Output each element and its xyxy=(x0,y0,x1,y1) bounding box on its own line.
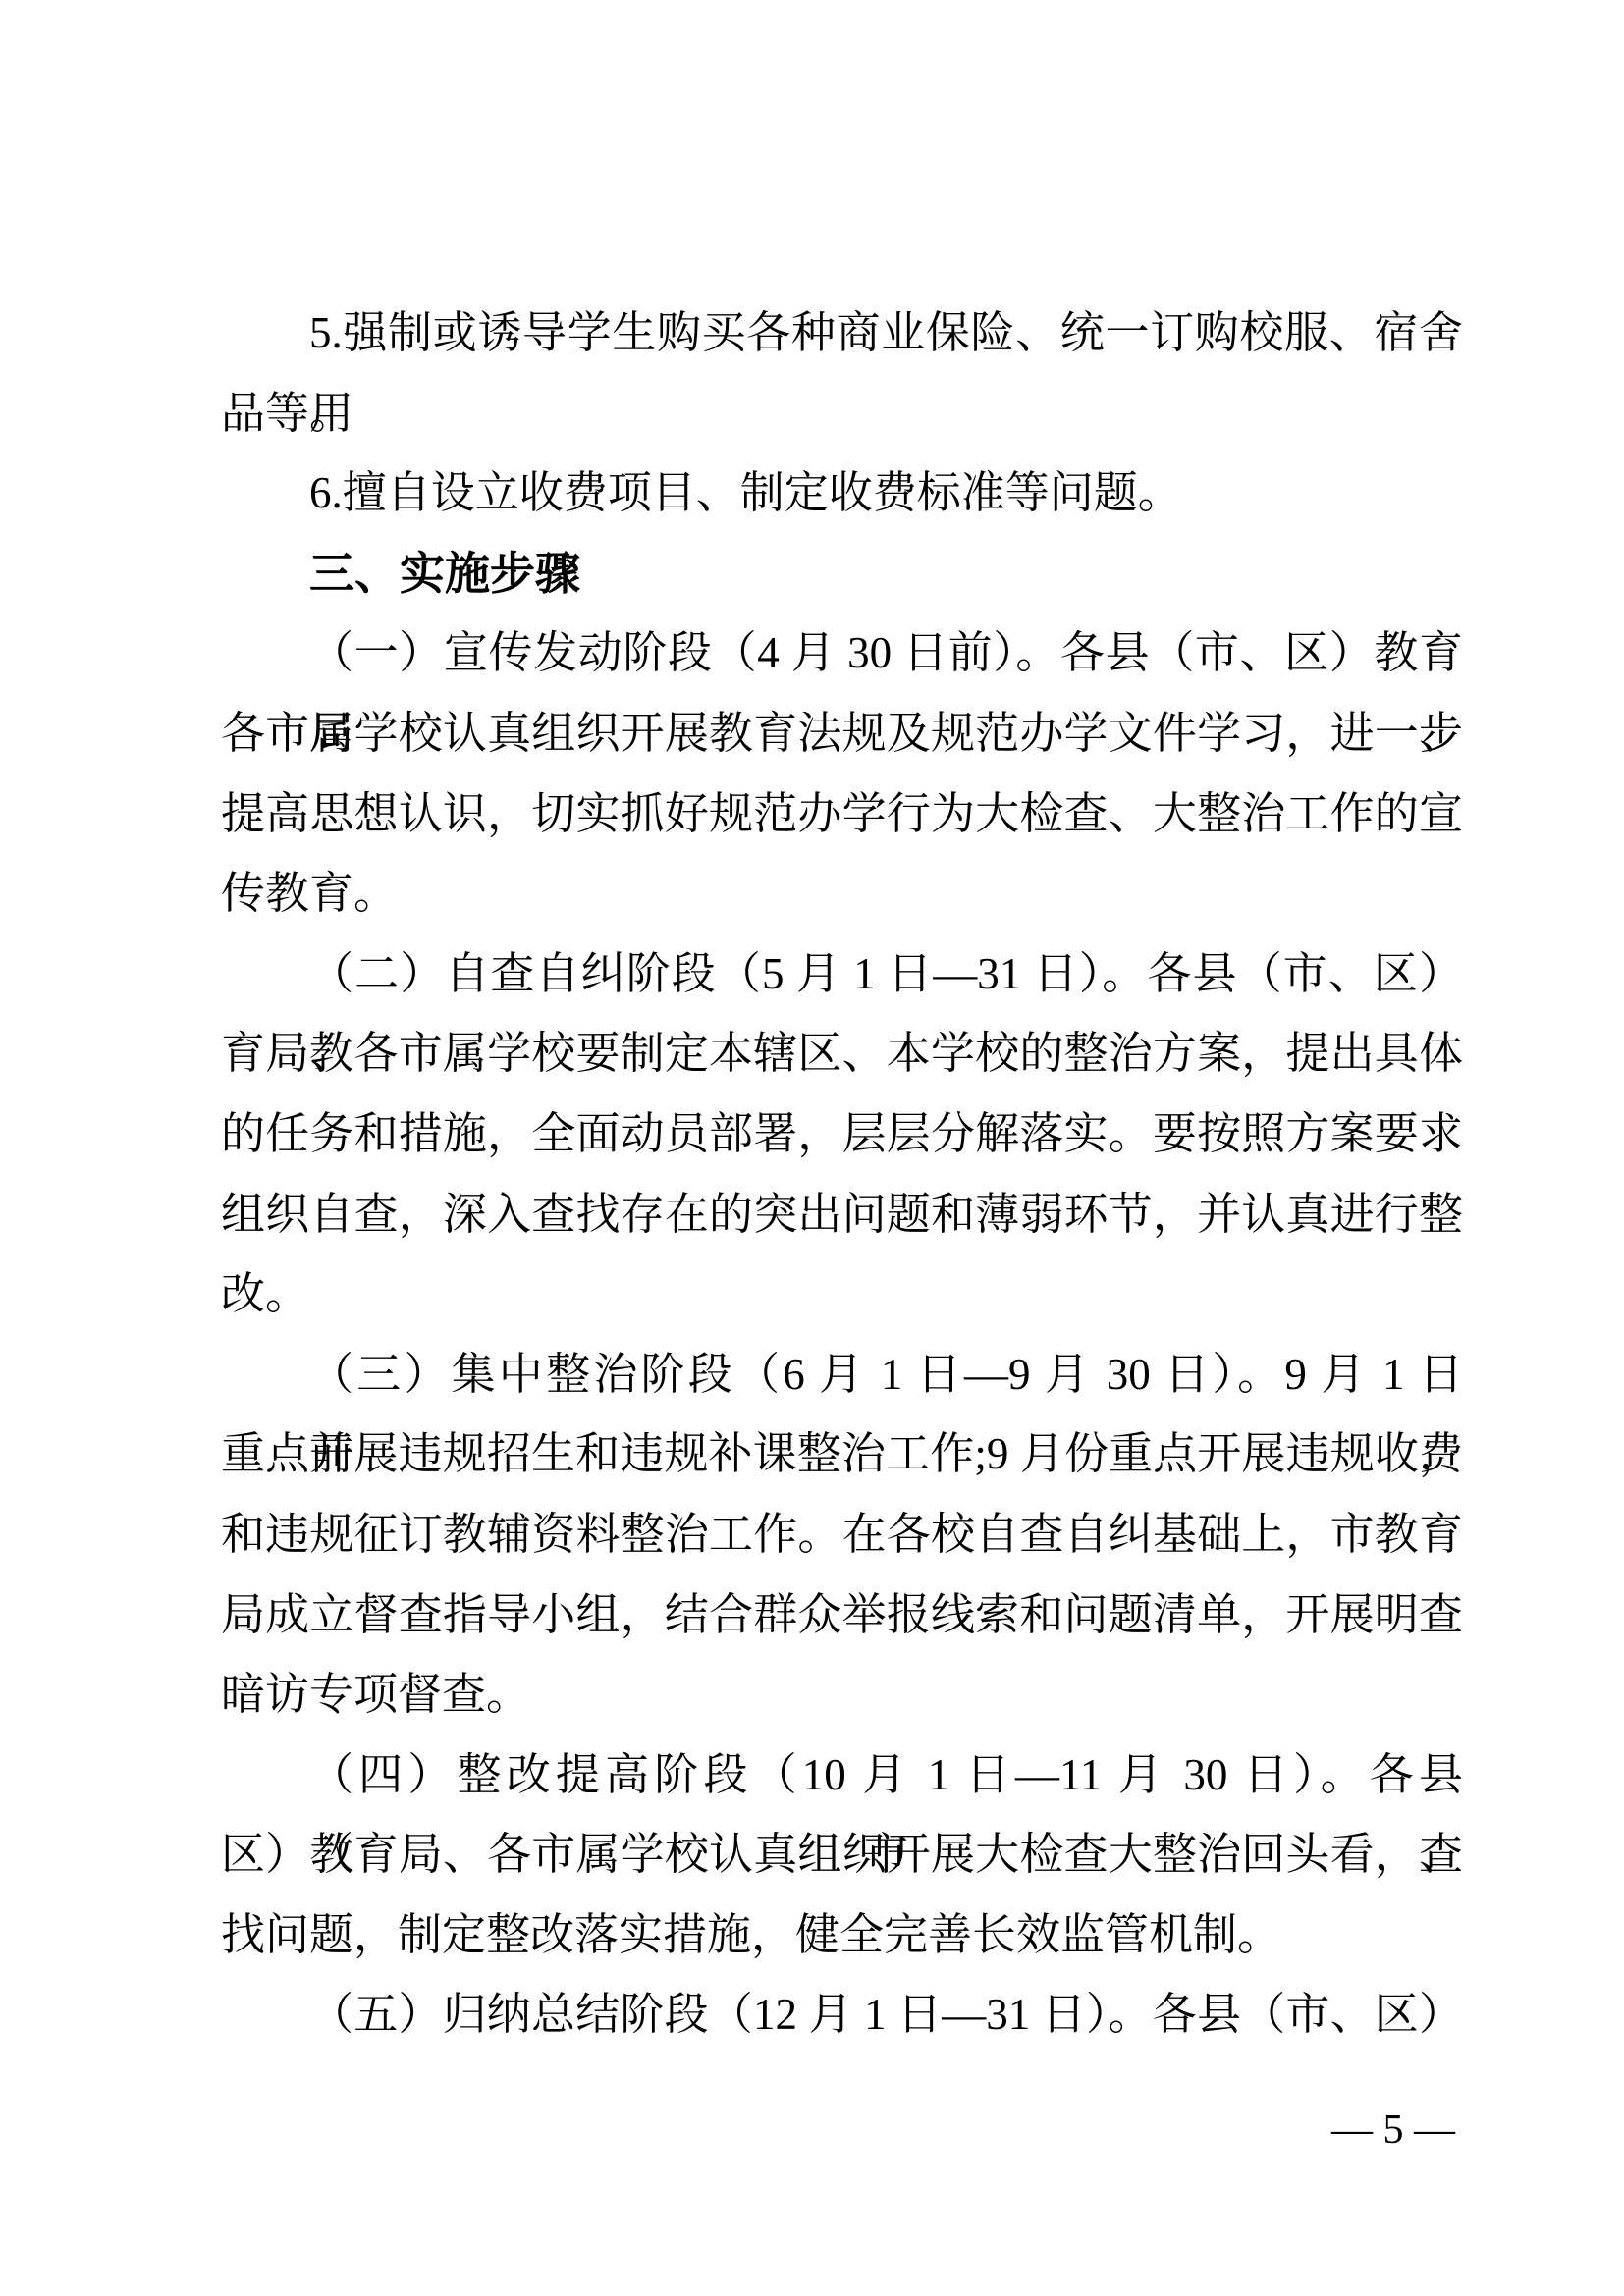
text-line: （五）归纳总结阶段（12 月 1 日—31 日）。各县（市、区） xyxy=(221,1975,1463,2056)
text-line: 区）教育局、各市属学校认真组织开展大检查大整治回头看，查 xyxy=(221,1815,1463,1896)
text-line: 组织自查，深入查找存在的突出问题和薄弱环节，并认真进行整 xyxy=(221,1175,1463,1255)
text-line: 改。 xyxy=(221,1255,1463,1335)
section-heading: 三、实施步骤 xyxy=(221,534,1463,614)
text-line: 传教育。 xyxy=(221,854,1463,934)
text-line: （三）集中整治阶段（6 月 1 日—9 月 30 日）。9 月 1 日前， xyxy=(221,1335,1463,1415)
text-line: 5.强制或诱导学生购买各种商业保险、统一订购校服、宿舍用 xyxy=(221,294,1463,374)
text-line: 6.擅自设立收费项目、制定收费标准等问题。 xyxy=(221,454,1463,534)
page-number: — 5 — xyxy=(1331,2101,1455,2160)
text-line: 局成立督查指导小组，结合群众举报线索和问题清单，开展明查 xyxy=(221,1575,1463,1656)
text-line: 暗访专项督查。 xyxy=(221,1655,1463,1735)
text-line: （一）宣传发动阶段（4 月 30 日前）。各县（市、区）教育局、 xyxy=(221,614,1463,694)
text-line: 品等。 xyxy=(221,374,1463,454)
text-line: （四）整改提高阶段（10 月 1 日—11 月 30 日）。各县（市、 xyxy=(221,1735,1463,1816)
document-page: 5.强制或诱导学生购买各种商业保险、统一订购校服、宿舍用 品等。 6.擅自设立收… xyxy=(0,0,1624,2296)
text-line: 重点开展违规招生和违规补课整治工作;9 月份重点开展违规收费 xyxy=(221,1415,1463,1495)
text-line: 各市属学校认真组织开展教育法规及规范办学文件学习，进一步 xyxy=(221,694,1463,774)
text-line: 找问题，制定整改落实措施，健全完善长效监管机制。 xyxy=(221,1896,1463,1976)
text-line: 和违规征订教辅资料整治工作。在各校自查自纠基础上，市教育 xyxy=(221,1495,1463,1575)
text-line: 育局、各市属学校要制定本辖区、本学校的整治方案，提出具体 xyxy=(221,1014,1463,1095)
text-line: 提高思想认识，切实抓好规范办学行为大检查、大整治工作的宣 xyxy=(221,774,1463,855)
document-body: 5.强制或诱导学生购买各种商业保险、统一订购校服、宿舍用 品等。 6.擅自设立收… xyxy=(221,294,1463,2056)
text-line: （二）自查自纠阶段（5 月 1 日—31 日）。各县（市、区）教 xyxy=(221,934,1463,1015)
text-line: 的任务和措施，全面动员部署，层层分解落实。要按照方案要求 xyxy=(221,1095,1463,1175)
